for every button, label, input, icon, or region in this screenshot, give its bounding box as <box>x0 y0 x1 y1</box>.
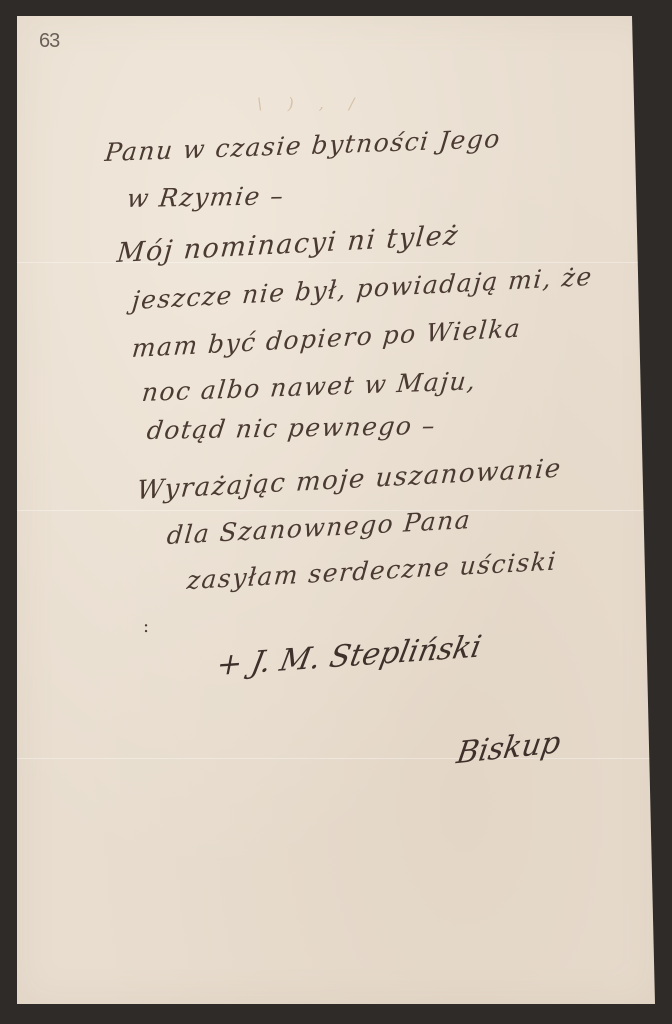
letter-line-4: jeszcze nie był, powiadają mi, że <box>131 262 594 315</box>
letter-line-5: mam być dopiero po Wielka <box>131 314 523 364</box>
letter-line-2: w Rzymie – <box>125 181 286 213</box>
letter-line-7: dotąd nic pewnego – <box>145 411 438 445</box>
closing-mark: : <box>143 616 149 637</box>
letter-line-6: noc albo nawet w Maju, <box>140 366 478 407</box>
fold-line <box>17 510 657 511</box>
letter-line-1: Panu w czasie bytności Jego <box>103 124 502 167</box>
signature-name: + J. M. Stepliński <box>214 629 485 683</box>
signature-title: Biskup <box>454 725 563 772</box>
faint-bleed-through-marks: \ ) , / <box>257 94 364 113</box>
folio-number: 63 <box>39 30 59 53</box>
letter-page: 63 \ ) , / Panu w czasie bytności Jego w… <box>17 16 657 1004</box>
letter-line-10: zasyłam serdeczne uściski <box>186 547 559 596</box>
fold-line <box>17 758 657 759</box>
letter-line-8: Wyrażając moje uszanowanie <box>136 454 563 506</box>
letter-line-9: dla Szanownego Pana <box>166 505 473 550</box>
